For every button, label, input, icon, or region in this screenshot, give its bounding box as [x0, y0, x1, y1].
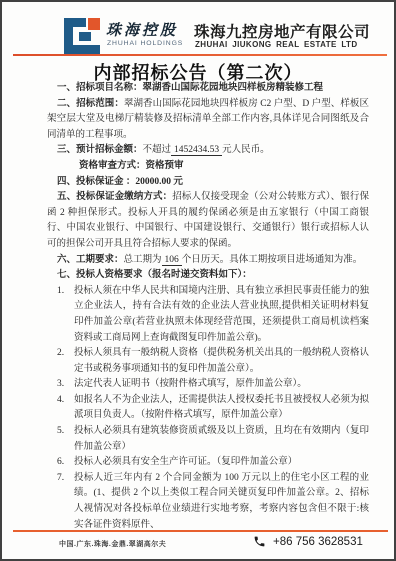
requirement-number: 6. [57, 455, 64, 471]
requirement-item: 4.如报名人不为企业法人，还需提供法人授权委托书且被授权人必须为拟派项目负责人。… [47, 393, 369, 424]
section-text: 总工期为 [124, 255, 162, 265]
phone-icon [253, 535, 266, 548]
requirement-item: 3.法定代表人证明书（按附件格式填写，原件加盖公章）。 [47, 377, 369, 393]
section-label: 一、招标项目名称： [57, 83, 143, 93]
section-bid-scope: 二、招标范围：翠湖香山国际花园地块四样板房 C2 户型、D 户型、样板区架空层大… [47, 97, 369, 144]
section-label: 六、工期要求： [57, 255, 124, 265]
requirement-number: 5. [57, 424, 64, 440]
zhuhai-holdings-logo-icon [64, 18, 100, 54]
logo-text-english: ZHUHAI HOLDINGS [107, 40, 183, 47]
requirement-item: 1.投标人须在中华人民共和国境内注册、具有独立承担民事责任能力的独立企业法人，持… [47, 284, 369, 346]
section-label: 四、投标保证金 ： [57, 177, 135, 187]
logo-text-chinese: 珠海控股 [106, 19, 178, 40]
qualification-review-line: 资格审查方式：资格预审 [47, 159, 369, 175]
section-label: 三、预计招标金额： [57, 145, 143, 155]
period-days-value: 106 [162, 255, 182, 266]
requirement-number: 2. [57, 346, 64, 362]
footer-divider [13, 530, 388, 532]
footer-phone: +86 756 3628531 [253, 535, 363, 548]
section-text: 元人民币。 [222, 145, 270, 155]
requirement-text: 投标人近三年内有 2 个合同金额为 100 万元以上的住宅小区工程的业绩。(1、… [74, 473, 369, 530]
section-label: 五、投标保证金缴纳方式： [57, 192, 172, 202]
document-page: 珠海控股 ZHUHAI HOLDINGS 珠海九控房地产有限公司 ZHUHAI … [0, 0, 396, 561]
requirement-text: 投标人必须具有安全生产许可证。（复印件加盖公章） [74, 457, 297, 467]
requirement-text: 投标人须具有一般纳税人资格（提供税务机关出具的一般纳税人资格认定书或税务事项通知… [74, 348, 369, 374]
section-label: 二、招标范围： [57, 99, 124, 109]
footer-address: 中国.广东.珠海.金鼎.翠湖高尔夫 [59, 539, 166, 549]
requirement-text: 如报名人不为企业法人，还需提供法人授权委托书且被授权人必须为拟派项目负责人。（按… [74, 395, 369, 421]
requirement-text: 投标人须在中华人民共和国境内注册、具有独立承担民事责任能力的独立企业法人，持有合… [74, 286, 369, 343]
requirement-number: 3. [57, 377, 64, 393]
deposit-value: 20000.00 元 [135, 177, 183, 187]
section-deposit-method: 五、投标保证金缴纳方式：招标人仅接受现金（公对公转账方式）、银行保函 2 种担保… [47, 190, 369, 252]
requirement-item: 7.投标人近三年内有 2 个合同金额为 100 万元以上的住宅小区工程的业绩。(… [47, 471, 369, 533]
section-text: 翠湖香山国际花园地块四样板房精装修工程 [143, 83, 324, 93]
company-name-english: ZHUHAI JIUKONG REAL ESTATE LTD [195, 40, 358, 49]
section-project-name: 一、招标项目名称：翠湖香山国际花园地块四样板房精装修工程 [47, 81, 369, 97]
document-body: 一、招标项目名称：翠湖香山国际花园地块四样板房精装修工程 二、招标范围：翠湖香山… [47, 81, 369, 533]
section-construction-period: 六、工期要求：总工期为106个日历天。具体工期按项目进场通知为准。 [47, 253, 369, 269]
phone-number: +86 756 3628531 [273, 536, 363, 548]
section-bidder-qualifications: 七、投标人资格要求（报名时递交资料如下）： [47, 268, 369, 284]
requirement-number: 7. [57, 471, 64, 487]
section-bid-deposit: 四、投标保证金 ：20000.00 元 [47, 175, 369, 191]
section-label: 七、投标人资格要求（报名时递交资料如下）： [57, 270, 252, 280]
header-divider [13, 54, 387, 56]
section-estimated-amount: 三、预计招标金额：不超过1452434.53元人民币。 [47, 143, 369, 159]
requirement-text: 投标人必须具有建筑装修资质贰级及以上资质，且均在有效期内（复印件加盖公章） [74, 426, 369, 452]
section-text: 不超过 [143, 145, 172, 155]
requirement-item: 2.投标人须具有一般纳税人资格（提供税务机关出具的一般纳税人资格认定书或税务事项… [47, 346, 369, 377]
requirement-item: 5.投标人必须具有建筑装修资质贰级及以上资质，且均在有效期内（复印件加盖公章） [47, 424, 369, 455]
section-text: 个日历天。具体工期按项目进场通知为准。 [182, 255, 363, 265]
requirement-text: 法定代表人证明书（按附件格式填写，原件加盖公章）。 [74, 379, 307, 389]
requirement-number: 1. [57, 284, 64, 300]
bid-amount-value: 1452434.53 [171, 145, 222, 156]
requirement-number: 4. [57, 393, 64, 409]
requirement-item: 6.投标人必须具有安全生产许可证。（复印件加盖公章） [47, 455, 369, 471]
company-name-chinese: 珠海九控房地产有限公司 [194, 20, 370, 42]
